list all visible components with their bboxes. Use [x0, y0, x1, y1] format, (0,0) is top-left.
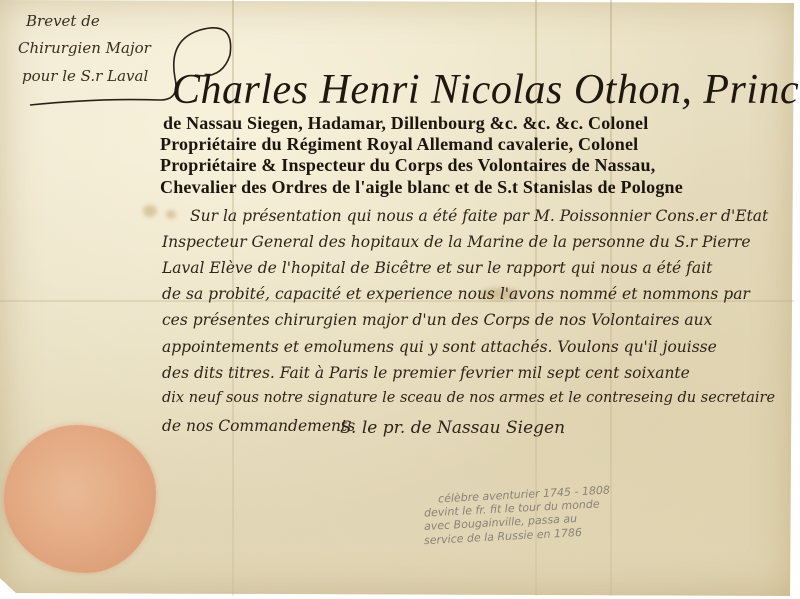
body-line: de sa probité, capacité et experience no… [162, 285, 750, 303]
body-line: ces présentes chirurgien major d'un des … [162, 311, 712, 329]
title-line: Charles Henri Nicolas Othon, Prince [172, 66, 800, 114]
stain [166, 210, 176, 219]
body-line: Inspecteur General des hopitaux de la Ma… [162, 233, 751, 251]
stain [143, 205, 157, 217]
body-line: appointements et emolumens qui y sont at… [162, 338, 717, 356]
body-line: Sur la présentation qui nous a été faite… [190, 207, 768, 225]
wax-seal [4, 425, 156, 573]
title-detail-line: de Nassau Siegen, Hadamar, Dillenbourg &… [163, 113, 648, 134]
body-line: des dits titres. Fait à Paris le premier… [162, 364, 690, 382]
title-detail-line: Chevalier des Ordres de l'aigle blanc et… [160, 177, 683, 198]
body-line: dix neuf sous notre signature le sceau d… [162, 390, 775, 406]
title-detail-line: Propriétaire du Régiment Royal Allemand … [160, 134, 638, 155]
title-detail-line: Propriétaire & Inspecteur du Corps des V… [160, 155, 655, 176]
body-line: de nos Commandements [162, 417, 355, 435]
signature: S. le pr. de Nassau Siegen [340, 418, 565, 438]
body-line: Laval Elève de l'hopital de Bicêtre et s… [162, 259, 712, 277]
